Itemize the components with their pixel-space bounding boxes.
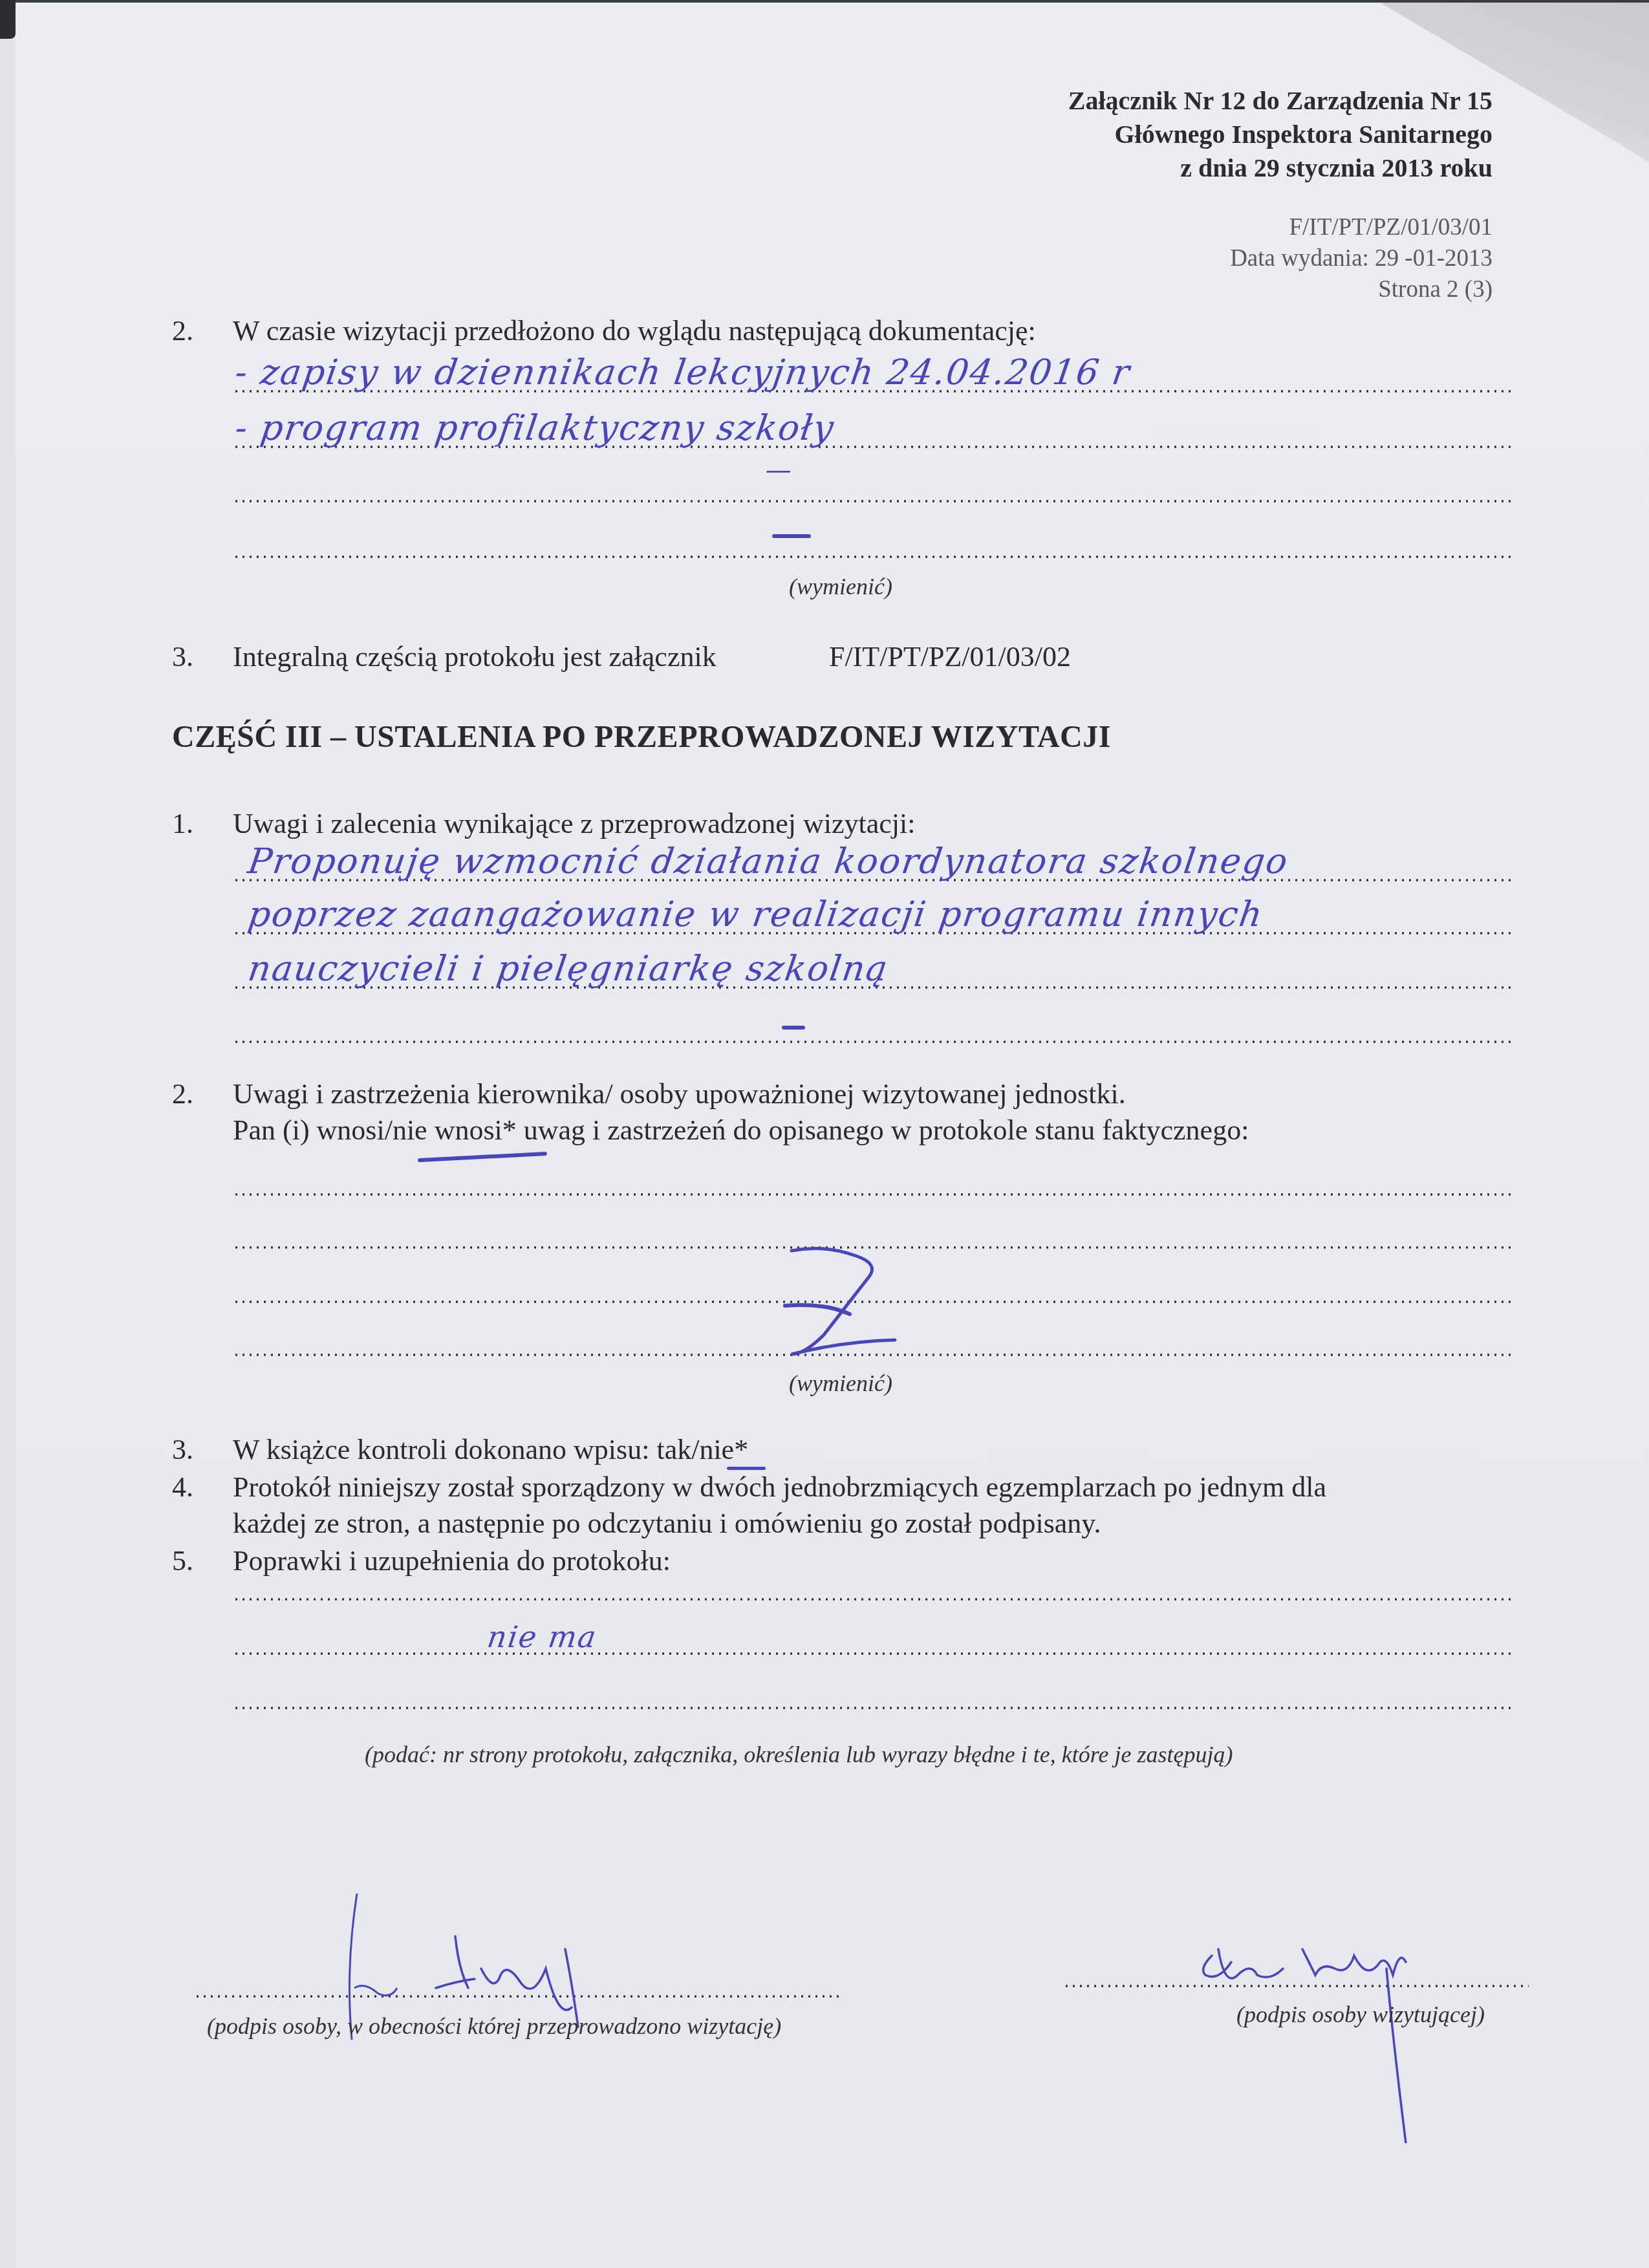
issue-date: Data wydania: 29 -01-2013 <box>1230 243 1493 274</box>
header-annex: Załącznik Nr 12 do Zarządzenia Nr 15 <box>1068 85 1493 116</box>
z-strikethrough-mark <box>766 1231 921 1361</box>
item-number: 3. <box>172 1433 193 1467</box>
item-number: 4. <box>172 1471 193 1504</box>
form-code: F/IT/PT/PZ/01/03/01 <box>1289 212 1493 243</box>
item-number: 2. <box>172 1077 193 1111</box>
section-title: CZĘŚĆ III – USTALENIA PO PRZEPROWADZONEJ… <box>172 719 1111 755</box>
signature-caption-visited: (podpis osoby, w obecności której przepr… <box>207 2013 781 2040</box>
objections-line-1[interactable] <box>233 1193 1513 1196</box>
recommendations-line-4[interactable] <box>233 1040 1513 1044</box>
item-number: 2. <box>172 314 193 348</box>
signature-inspector <box>1192 1936 1503 2143</box>
documentation-line-3[interactable] <box>233 499 1513 503</box>
documentation-entry-1: - zapisy w dziennikach lekcyjnych 24.04.… <box>233 352 1134 393</box>
recommendations-label: Uwagi i zalecenia wynikające z przeprowa… <box>233 807 915 841</box>
objections-statement: Pan (i) wnosi/nie wnosi* uwag i zastrzeż… <box>233 1114 1249 1147</box>
binder-clip <box>0 0 16 39</box>
corrections-entry: nie ma <box>485 1619 599 1654</box>
recommendations-entry-3: nauczycieli i pielęgniarkę szkolną <box>246 948 892 989</box>
corrections-line-2[interactable] <box>233 1652 1513 1656</box>
documentation-label: W czasie wizytacji przedłożono do wglądu… <box>233 314 1036 348</box>
scan-left-edge <box>0 0 16 2268</box>
corrections-hint: (podać: nr strony protokołu, załącznika,… <box>365 1741 1233 1768</box>
protocol-copies-text-1: Protokół niniejszy został sporządzony w … <box>233 1471 1326 1504</box>
page-number: Strona 2 (3) <box>1378 274 1493 305</box>
documentation-line-4[interactable] <box>233 555 1513 559</box>
dash-mark <box>782 1026 805 1030</box>
item-number: 5. <box>172 1544 193 1578</box>
nie-wnosi-underline <box>418 1152 547 1162</box>
protocol-copies-text-2: każdej ze stron, a następnie po odczytan… <box>233 1507 1101 1540</box>
attachment-label: Integralną częścią protokołu jest załącz… <box>233 640 717 674</box>
document-page: Załącznik Nr 12 do Zarządzenia Nr 15 Głó… <box>16 3 1649 2268</box>
item-number: 3. <box>172 640 193 674</box>
objections-label: Uwagi i zastrzeżenia kierownika/ osoby u… <box>233 1077 1126 1111</box>
header-date: z dnia 29 stycznia 2013 roku <box>1180 153 1493 184</box>
corrections-line-3[interactable] <box>233 1706 1513 1710</box>
corrections-line-1[interactable] <box>233 1597 1513 1601</box>
header-authority: Głównego Inspektora Sanitarnego <box>1115 119 1493 150</box>
item-number: 1. <box>172 807 193 841</box>
objections-hint: (wymienić) <box>789 1370 892 1397</box>
documentation-hint: (wymienić) <box>789 573 892 600</box>
tak-underline <box>727 1467 766 1470</box>
documentation-entry-2: - program profilaktyczny szkoły <box>233 407 837 448</box>
documentation-entry-3: — <box>764 455 795 485</box>
recommendations-entry-2: poprzez zaangażowanie w realizacji progr… <box>246 894 1266 934</box>
corrections-label: Poprawki i uzupełnienia do protokołu: <box>233 1544 671 1578</box>
recommendations-entry-1: Proponuję wzmocnić działania koordynator… <box>246 841 1291 881</box>
control-book-entry: W książce kontroli dokonano wpisu: tak/n… <box>233 1433 748 1467</box>
attachment-code: F/IT/PT/PZ/01/03/02 <box>829 640 1071 674</box>
dash-mark <box>772 534 811 538</box>
signature-caption-inspector: (podpis osoby wizytującej) <box>1236 2001 1485 2028</box>
